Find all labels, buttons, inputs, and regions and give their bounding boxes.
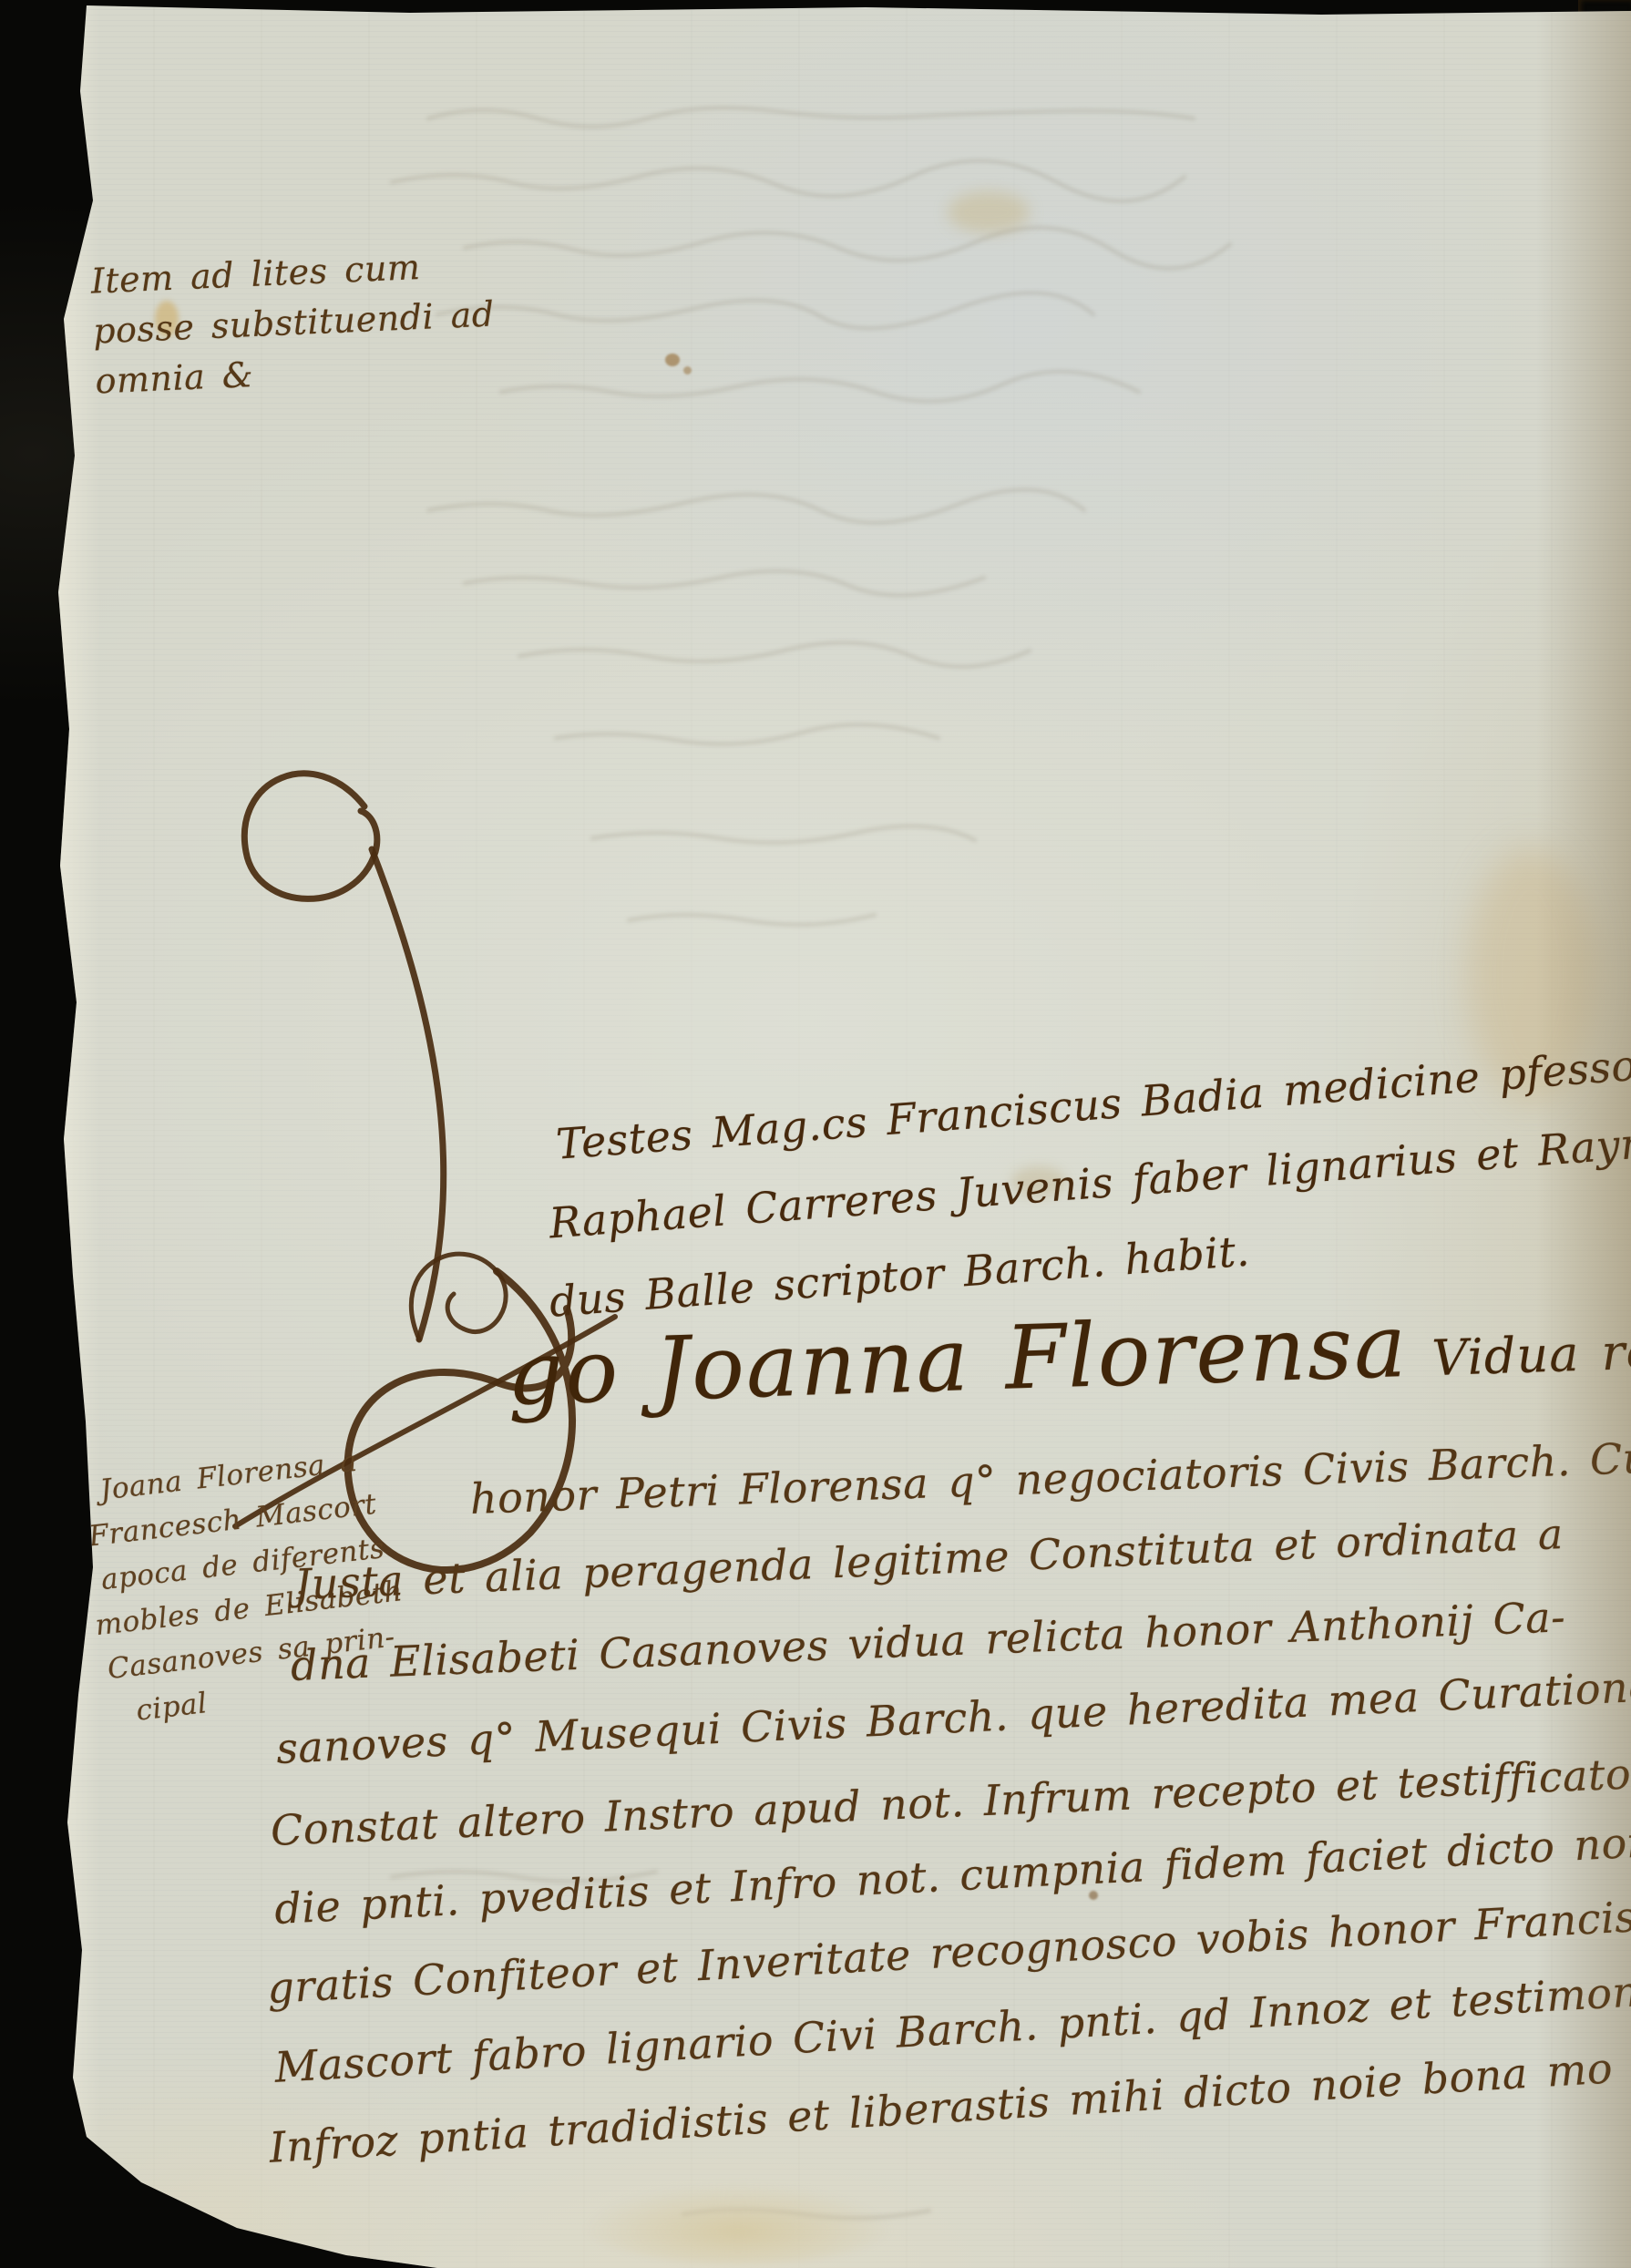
margin-note-top: Item ad lites cum posse substituendi ad … — [90, 239, 498, 406]
manuscript-page: Item ad lites cum posse substituendi ad … — [46, 0, 1631, 2268]
heading-tail: Vidua relicta — [1431, 1319, 1631, 1387]
